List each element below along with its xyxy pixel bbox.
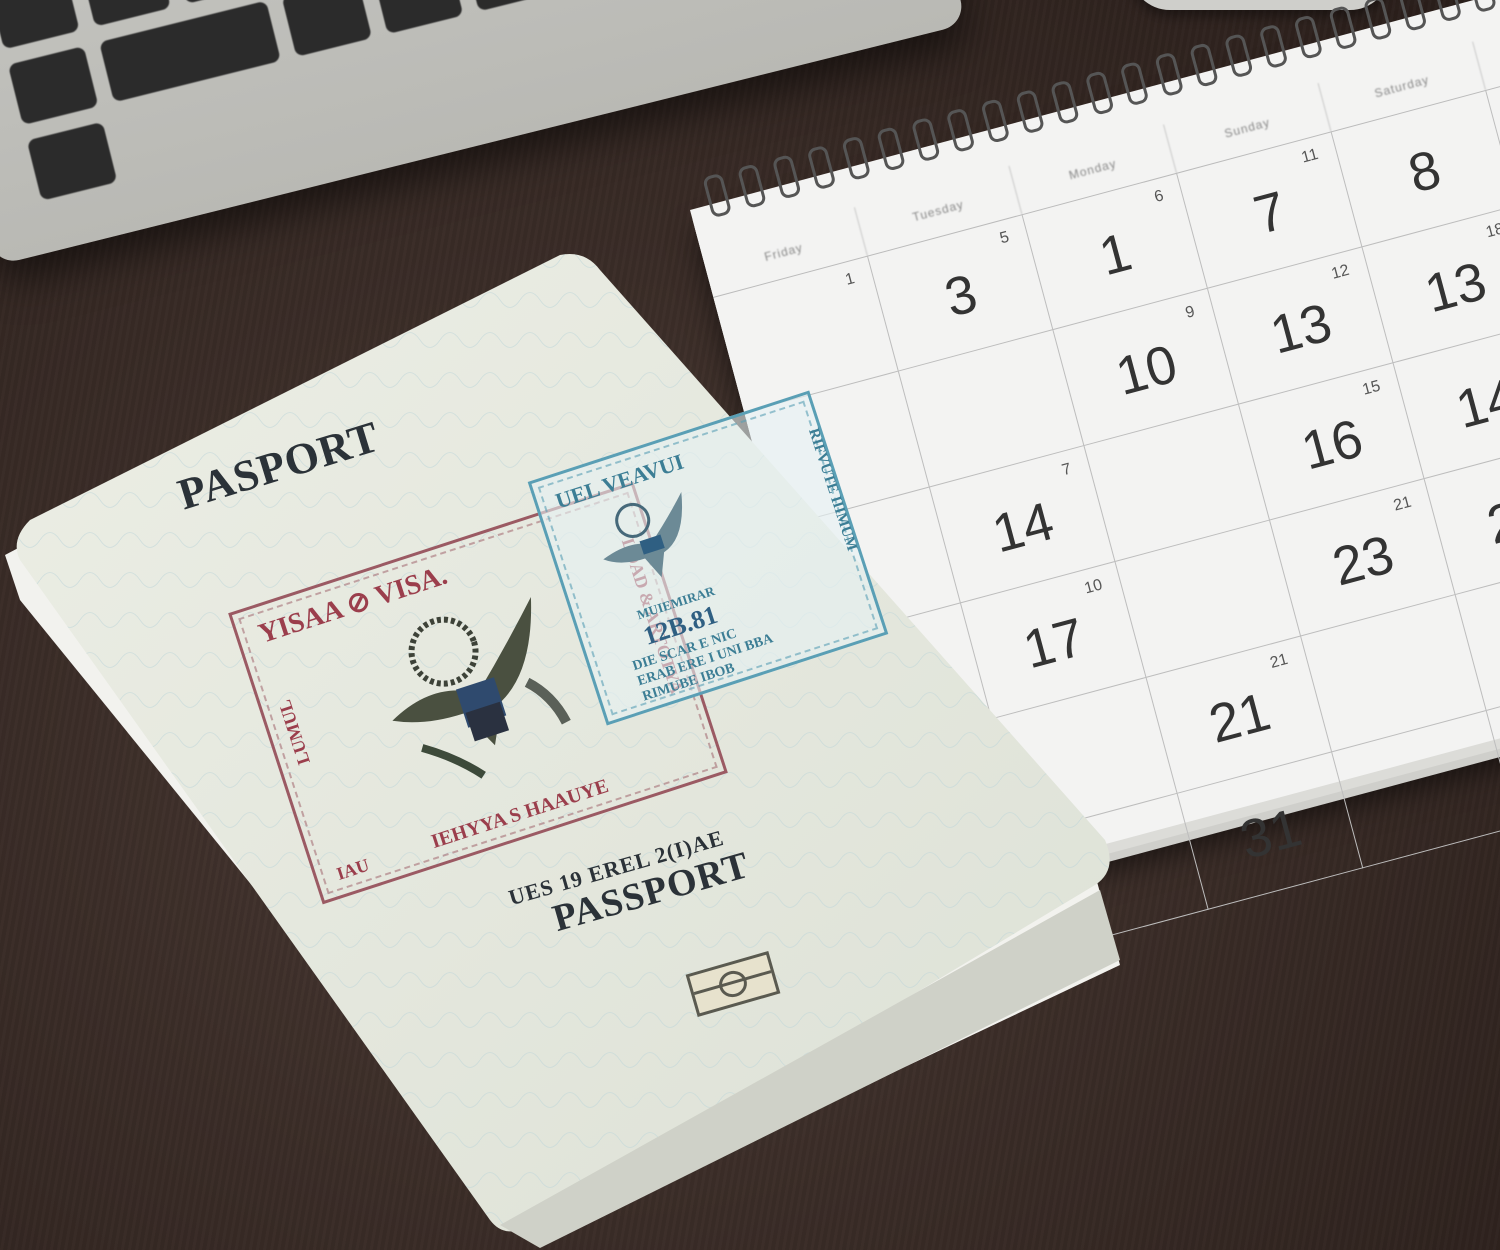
red-stamp-left-text: LUMUL bbox=[274, 697, 315, 767]
red-stamp-bottom-left-text: IAU bbox=[334, 855, 372, 885]
passport: PASPORT YISAA ⊘ VISA. LOAD & ARTOTYA LUM… bbox=[0, 0, 1500, 1250]
